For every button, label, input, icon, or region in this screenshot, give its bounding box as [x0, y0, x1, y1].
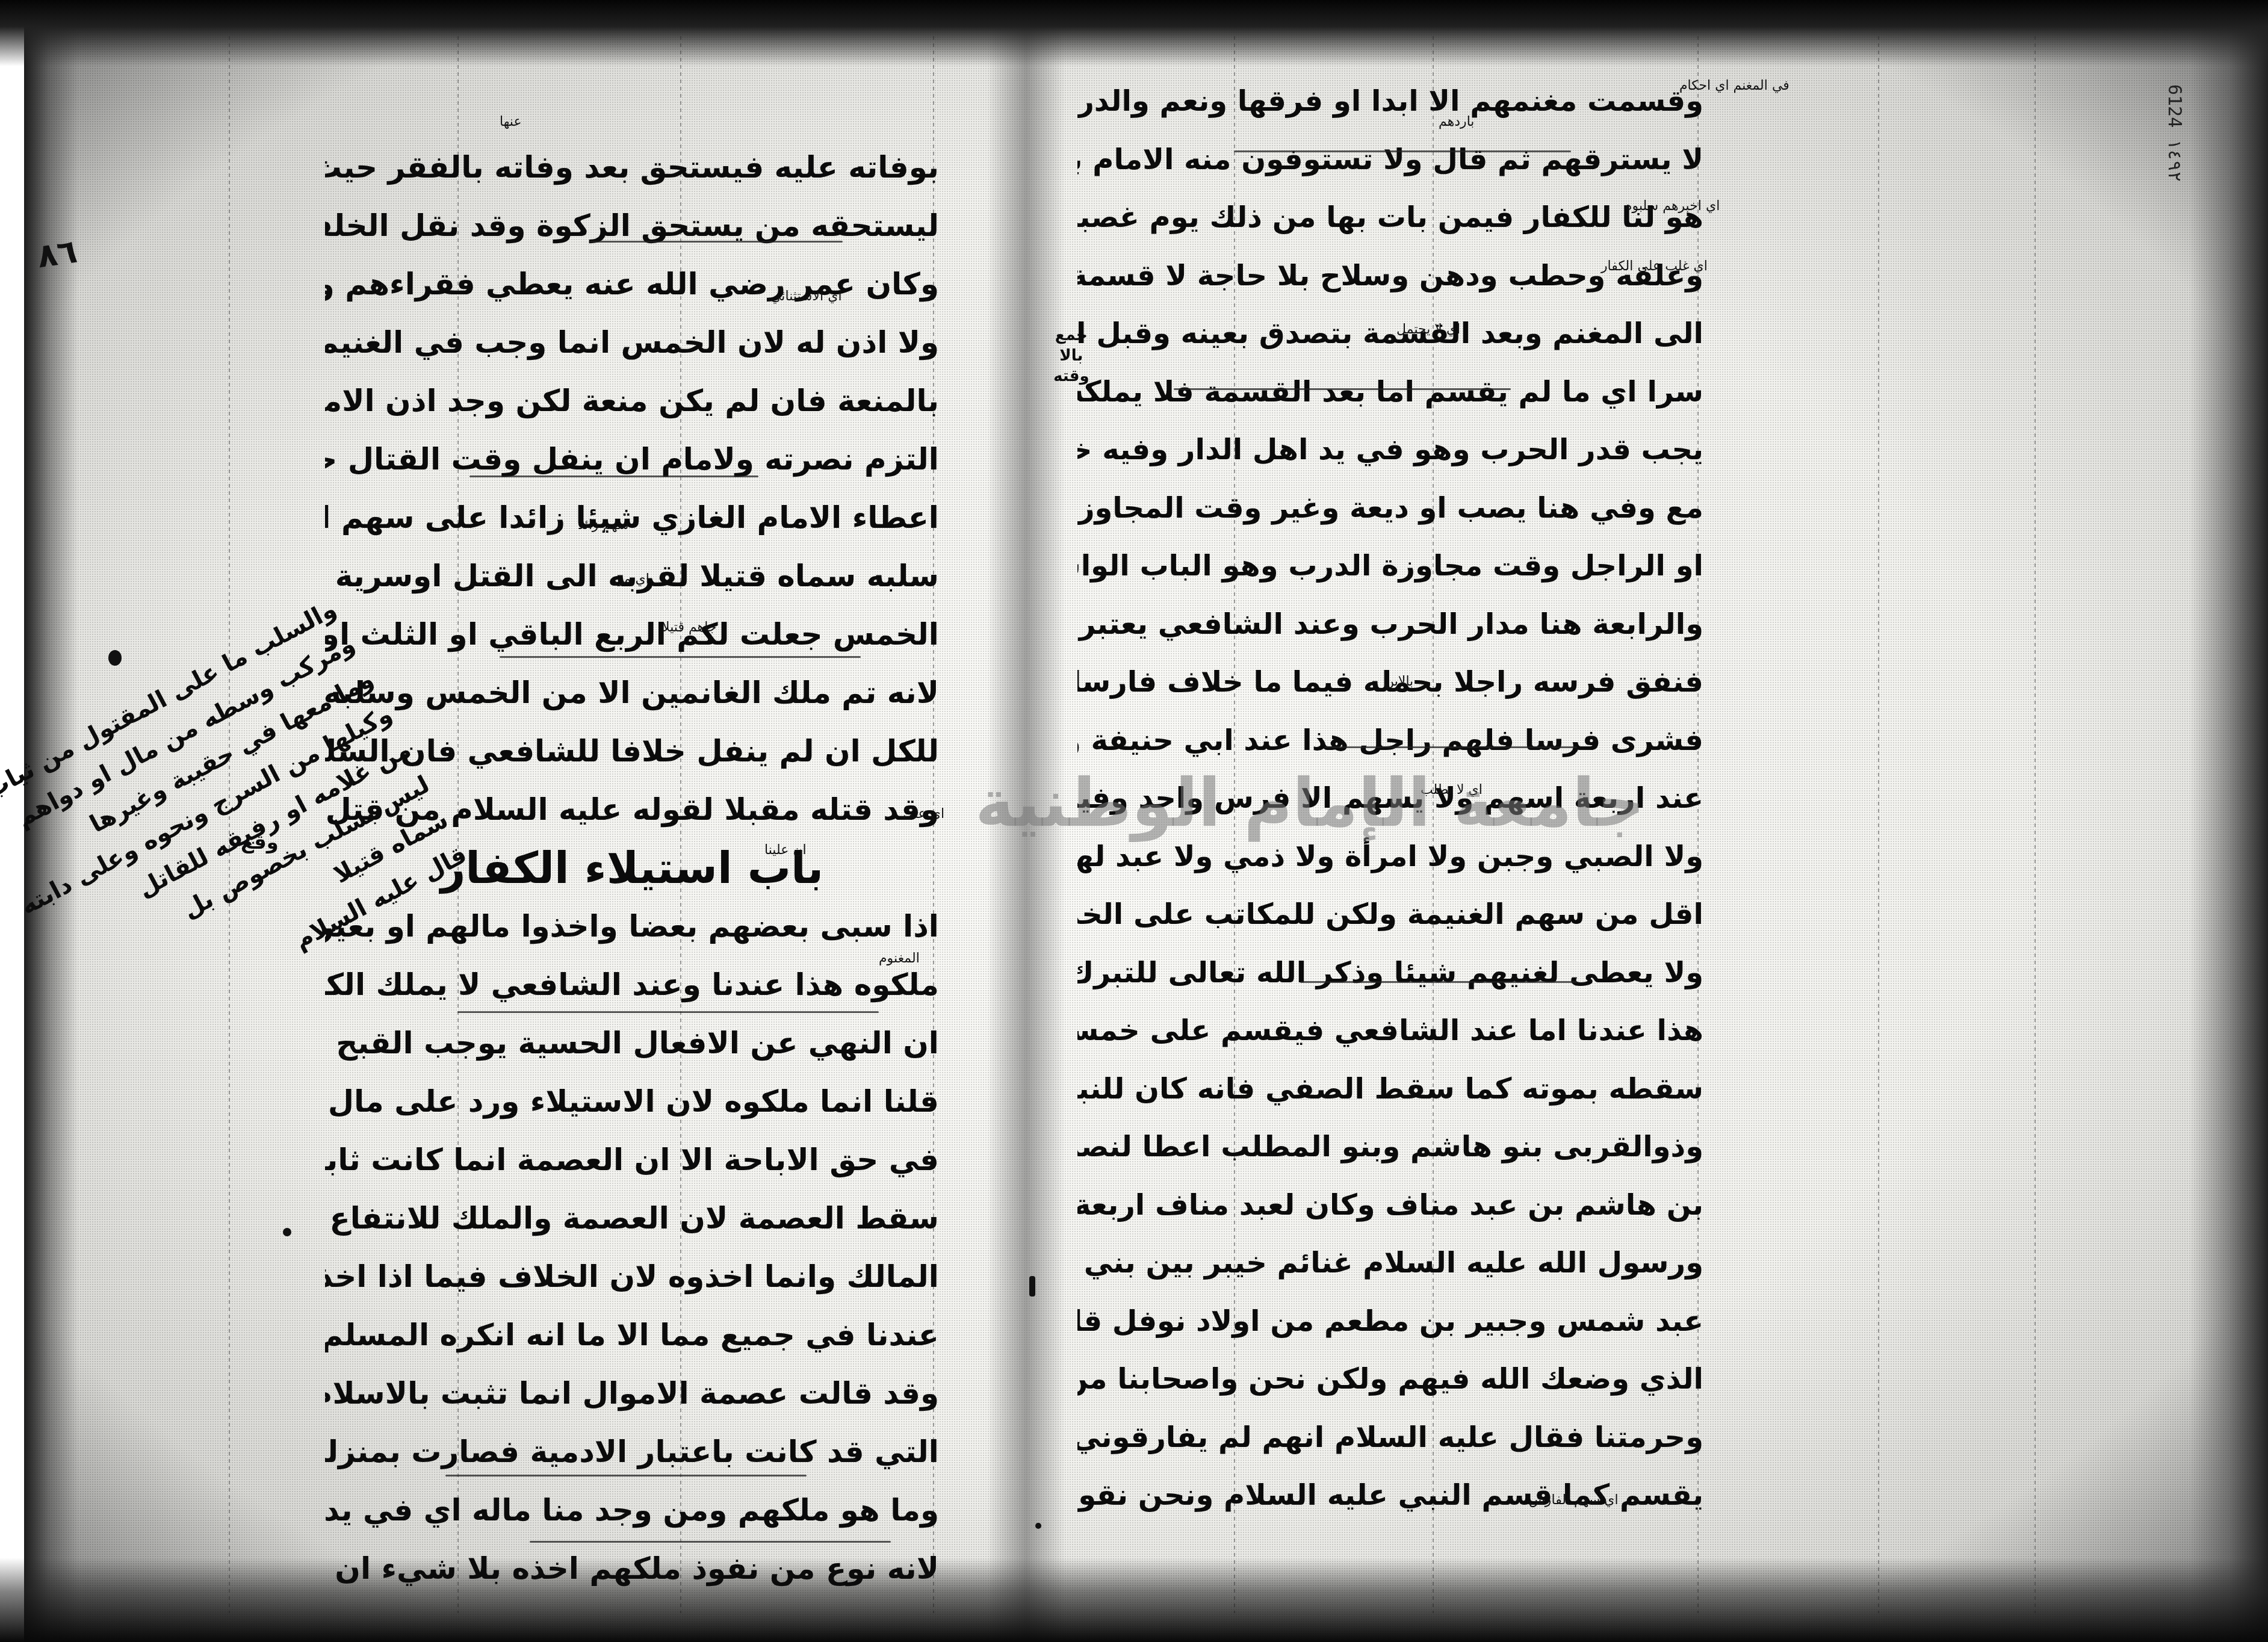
interlinear-gloss: بالابن — [1384, 674, 1413, 689]
text-line: هو لنا للكفار فيمن بات بها من ذلك يوم غص… — [1077, 188, 1703, 247]
ink-mark — [1029, 1276, 1035, 1297]
overline-stroke — [1234, 150, 1571, 152]
text-line: قلنا انما ملكوه لان الاستيلاء ورد على ما… — [325, 1073, 939, 1131]
ink-blot — [1035, 1523, 1041, 1529]
interlinear-gloss: جاهم قتيلا — [662, 620, 716, 635]
text-line: لانه تم ملك الغانمين الا من الخمس وسلبه … — [325, 664, 939, 722]
overline-stroke — [590, 241, 843, 243]
text-line: والرابعة هنا مدار الحرب وعند الشافعي يعت… — [1077, 595, 1703, 654]
text-line: بالمنعة فان لم يكن منعة لكن وجد اذن الام… — [325, 372, 939, 430]
text-line: الذي وضعك الله فيهم ولكن نحن واصحابنا من… — [1077, 1350, 1703, 1408]
text-line: الخمس جعلت لكم الربع الباقي او الثلث او … — [325, 606, 939, 664]
text-line: هذا عندنا اما عند الشافعي فيقسم على خمسة… — [1077, 1002, 1703, 1060]
interlinear-gloss: في المغنم اي احكام — [1679, 78, 1789, 93]
text-line: ليستحقه من يستحق الزكوة وقد نقل الخلفاء … — [325, 197, 939, 255]
overline-stroke — [445, 1475, 807, 1476]
text-line: وحرمتنا فقال عليه السلام انهم لم يفارقون… — [1077, 1408, 1703, 1467]
text-line: التي قد كانت باعتبار الادمية فصارت بمنزل… — [325, 1423, 939, 1481]
overline-stroke — [469, 476, 758, 477]
text-line: اقل من سهم الغنيمة ولكن للمكاتب على الخم… — [1077, 885, 1703, 944]
ink-blot — [283, 1228, 291, 1236]
interlinear-gloss: اي على — [903, 807, 944, 822]
text-line: ورسول الله عليه السلام غنائم خيبر بين بن… — [1077, 1234, 1703, 1292]
gutter-note-line: بالا — [1053, 345, 1089, 366]
ink-blot — [108, 650, 122, 666]
scan-rule-line — [1878, 36, 1879, 1613]
text-line: بوفاته عليه فيستحق بعد وفاته بالفقر حيث … — [325, 138, 939, 197]
catalog-mark: 6124 ١٤٩٢ — [2164, 84, 2185, 182]
interlinear-gloss: اي الاستثنائي — [770, 289, 842, 304]
text-line: وكان عمر رضي الله عنه يعطي فقراءهم ومن د… — [325, 255, 939, 314]
overline-stroke — [530, 1541, 891, 1543]
text-line: سقط العصمة لان العصمة والملك للانتفاع وب… — [325, 1189, 939, 1248]
interlinear-gloss: المغنوم — [879, 951, 920, 966]
folio-number: ٨٦ — [35, 232, 79, 276]
text-line: اذا سبى بعضهم بعضا واخذوا مالهم او بعيرا… — [325, 897, 939, 956]
text-line: وعلفه وحطب ودهن وسلاح بلا حاجة لا قسمة ل… — [1077, 247, 1703, 305]
text-line: بن هاشم بن عبد مناف وكان لعبد مناف اربعة… — [1077, 1176, 1703, 1235]
text-line: لانه نوع من نفوذ ملكهم اخذه بلا شيء ان ل… — [325, 1540, 939, 1598]
top-edge-shadow — [0, 0, 2268, 66]
interlinear-gloss: اي من — [614, 572, 649, 587]
text-line: او الراجل وقت مجاوزة الدرب وهو الباب الو… — [1077, 537, 1703, 595]
gutter-note-line: وقته — [1053, 366, 1089, 386]
text-line: فشرى فرسا فلهم راجل هذا عند ابي حنيفة وا… — [1077, 711, 1703, 770]
text-line: ولا يعطى لغنيهم شيئا وذكر الله تعالى للت… — [1077, 944, 1703, 1002]
interlinear-gloss: ان علينا — [764, 843, 807, 858]
text-line: المالك وانما اخذوه لان الخلاف فيما اذا ا… — [325, 1248, 939, 1306]
text-line: عبد شمس وجبير بن مطعم من اولاد نوفل قالا… — [1077, 1292, 1703, 1351]
margin-note: وقع — [241, 831, 279, 854]
interlinear-gloss: اي لا يحتمل — [1396, 322, 1460, 337]
interlinear-gloss: اي غلب على الكفار — [1601, 259, 1708, 274]
interlinear-gloss: عنها — [500, 114, 522, 129]
text-line: الى المغنم وبعد القسمة بتصدق بعينه وقبل … — [1077, 305, 1703, 363]
text-line: سقطه بموته كما سقط الصفي فانه كان للنبي … — [1077, 1060, 1703, 1118]
text-line: في حق الاباحة الا ان العصمة انما كانت ثا… — [325, 1131, 939, 1189]
interlinear-gloss: باردهم — [1439, 114, 1475, 129]
library-watermark: جامعة الإمام الوطنية — [975, 764, 1645, 841]
text-line: التزم نصرته ولامام ان ينفل وقت القتال حث… — [325, 430, 939, 489]
scan-rule-line — [2034, 36, 2036, 1613]
text-line: ملكوه هذا عندنا وعند الشافعي لا يملك الك… — [325, 956, 939, 1014]
text-line: وما هو ملكهم ومن وجد منا ماله اي في يد ا… — [325, 1481, 939, 1540]
text-line: ولا اذن له لان الخمس انما وجب في الغنيمة… — [325, 314, 939, 372]
overline-stroke — [1174, 388, 1511, 390]
text-line: مع وفي هنا يصب او ديعة وغير وقت المجاوزة… — [1077, 479, 1703, 538]
gutter-note-line: جمع — [1053, 325, 1089, 345]
text-line — [1077, 1525, 1703, 1583]
overline-stroke — [1300, 981, 1577, 983]
text-line: لا يسترقهم ثم قال ولا تستوفون منه الامام… — [1077, 131, 1703, 189]
overline-stroke — [457, 1011, 879, 1013]
overline-stroke — [500, 656, 861, 658]
interlinear-gloss: اي اخبرهم سلبوه — [1625, 199, 1720, 214]
text-line: وقسمت مغنمهم الا ابدا او فرقها ونعم والد… — [1077, 72, 1703, 131]
interlinear-gloss: اي سهم الفارس — [1529, 1493, 1619, 1508]
text-line: يجب قدر الحرب وهو في يد اهل الدار وفيه خ… — [1077, 421, 1703, 479]
text-line: وذوالقربى بنو هاشم وبنو المطلب اعطا لنصر… — [1077, 1118, 1703, 1176]
overline-stroke — [1324, 746, 1577, 748]
page-edge-shadow — [2190, 0, 2268, 1642]
text-line: عندنا في جميع مما الا ما انه انكره المسل… — [325, 1306, 939, 1365]
text-line: سرا اي ما لم يقسم اما بعد القسمة فلا يمل… — [1077, 363, 1703, 421]
text-line: وقد قالت عصمة الاموال انما تثبت بالاسلام… — [325, 1365, 939, 1423]
gutter-note: جمع بالا وقته — [1053, 325, 1089, 386]
interlinear-gloss: سهم زائد — [578, 518, 629, 533]
text-line: ان النهي عن الافعال الحسية يوجب القبح لع… — [325, 1014, 939, 1073]
text-line: اعطاء الامام الغازي شيئا زائدا على سهم ا… — [325, 489, 939, 547]
